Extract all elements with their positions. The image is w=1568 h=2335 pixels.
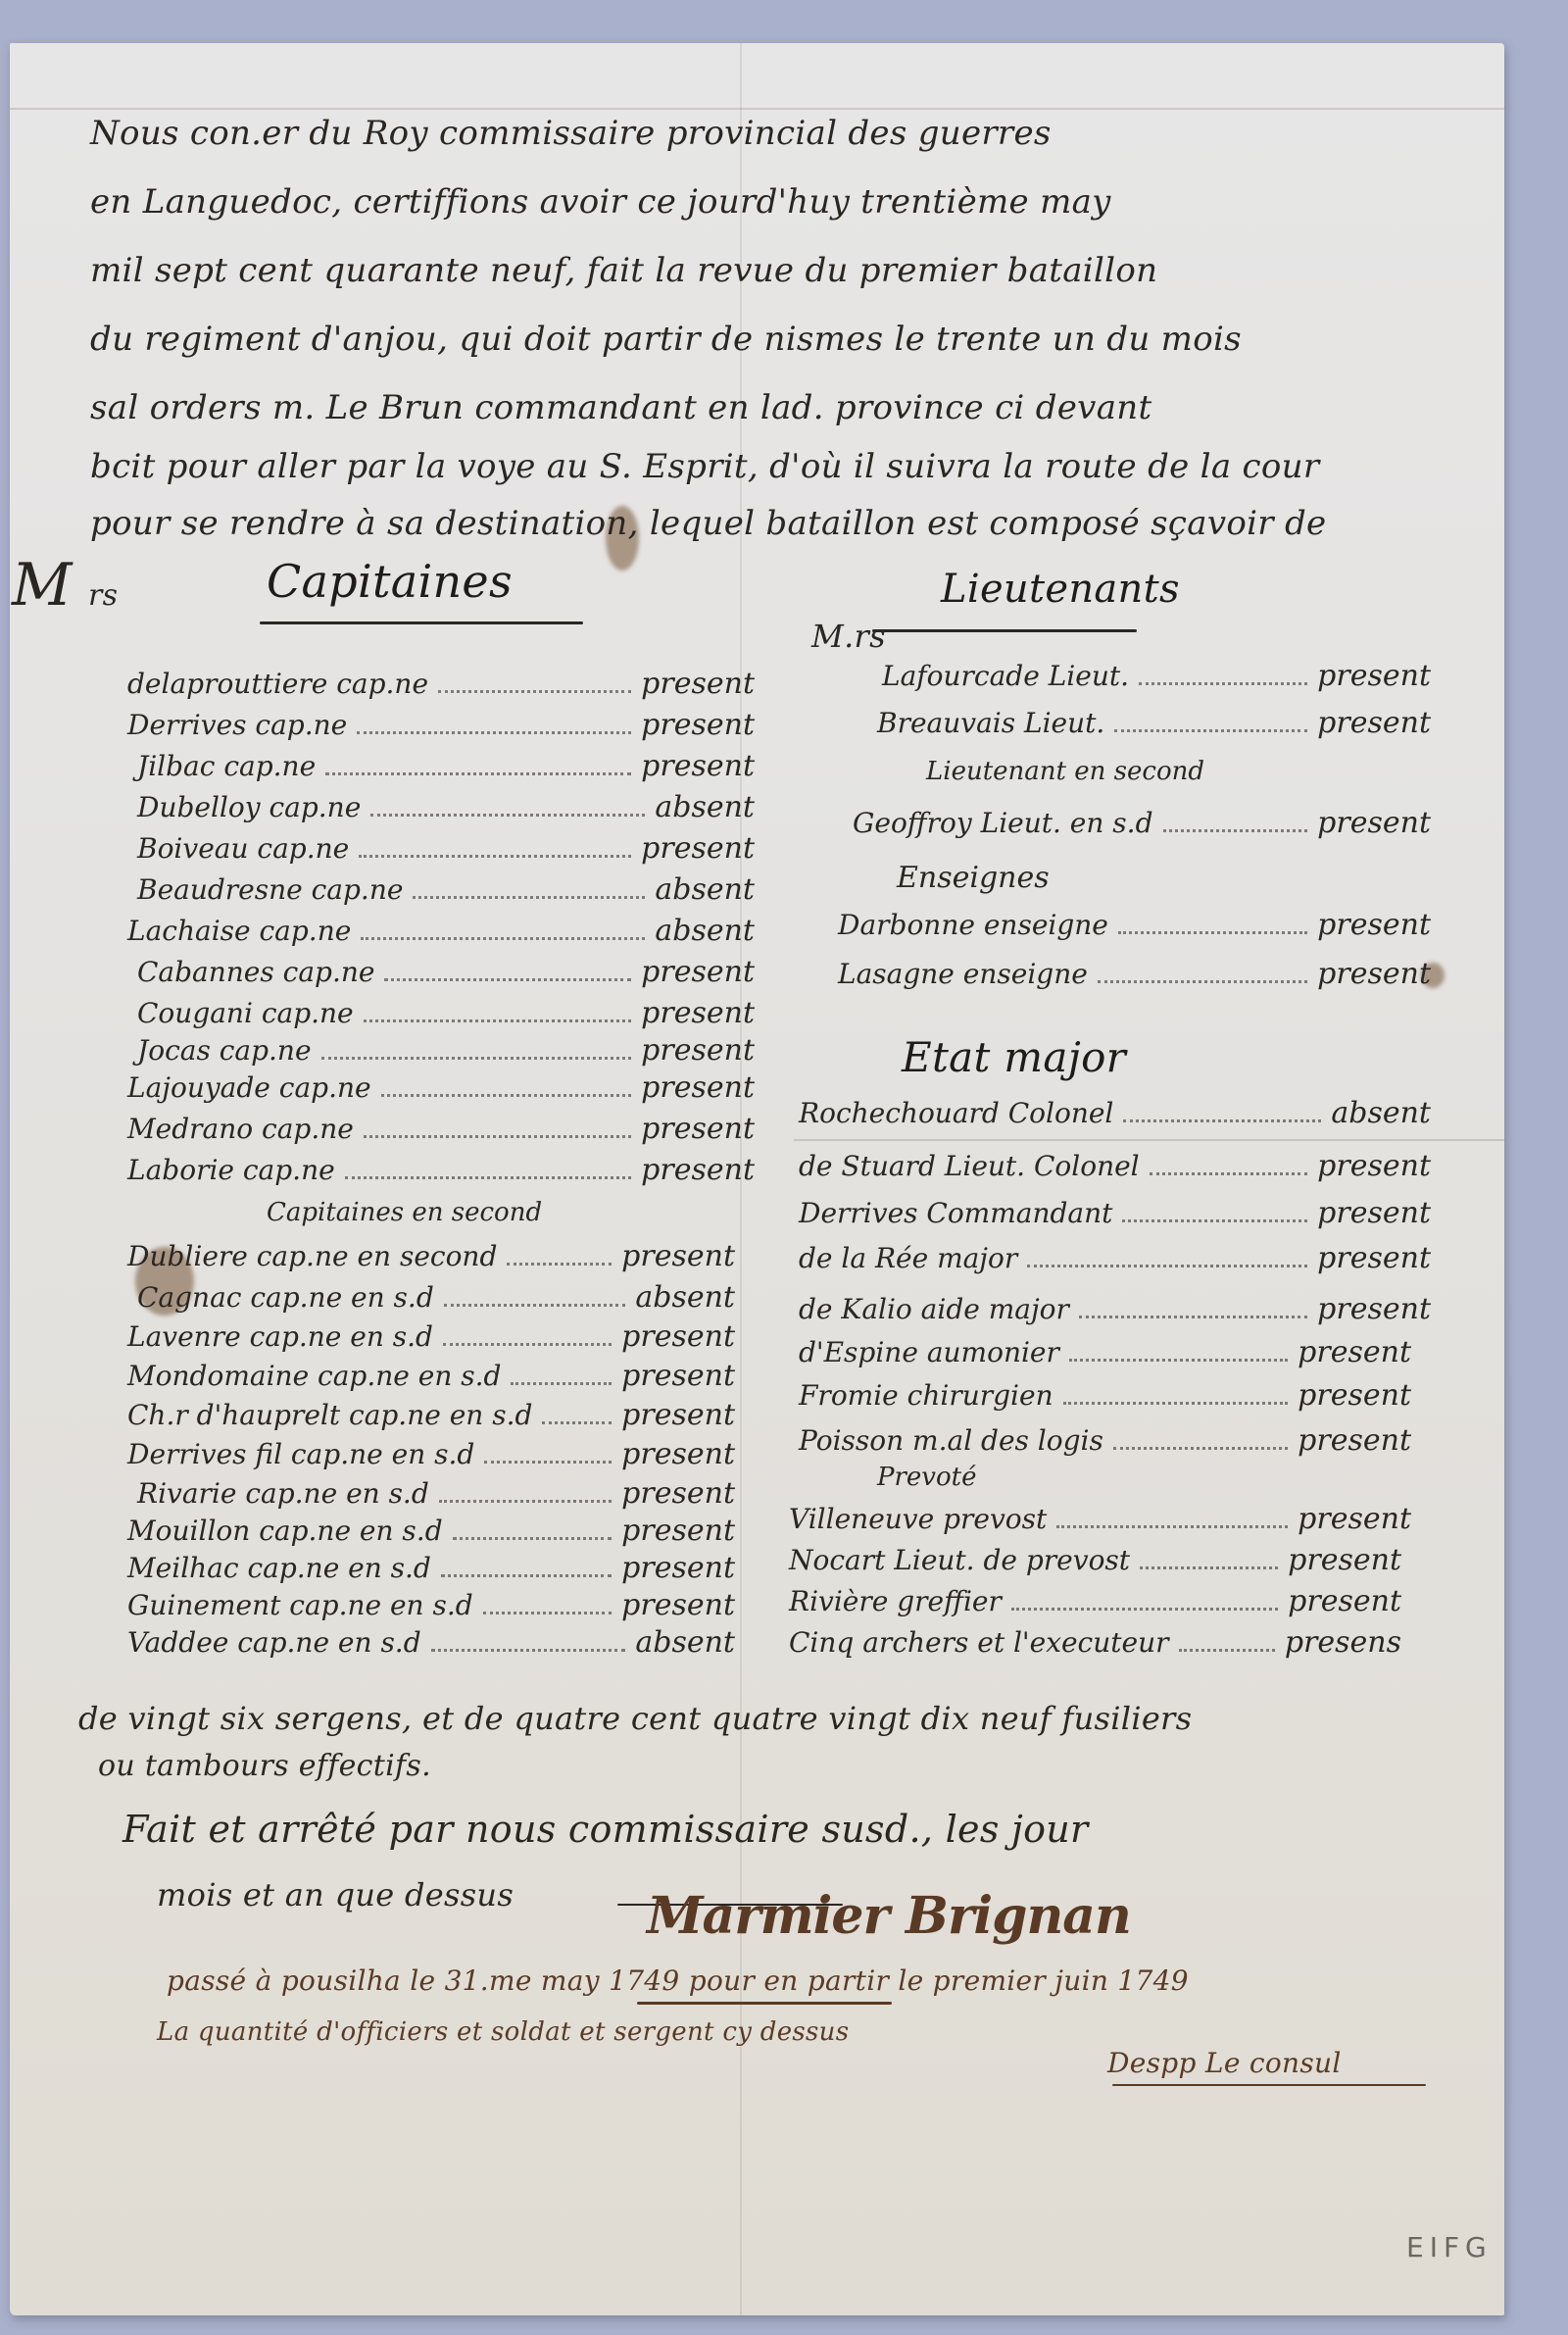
- status-absent: absent: [655, 914, 755, 948]
- lieutenants-prefix: M.rs: [811, 618, 886, 655]
- lieutenants-heading: Lieutenants: [941, 567, 1180, 612]
- leader-dots: [511, 1382, 612, 1385]
- intro-line-5: sal orders m. Le Brun commandant en lad.…: [90, 388, 1151, 427]
- leader-dots: [1079, 1316, 1307, 1318]
- leader-dots: [1113, 1447, 1288, 1450]
- capitaines-en-second-heading: Capitaines en second: [267, 1198, 542, 1227]
- status-present: present: [621, 1514, 735, 1548]
- capitaine-row: Dubelloy cap.neabsent: [137, 790, 755, 824]
- officer-name: Boiveau cap.ne: [137, 832, 349, 865]
- intro-line-7: pour se rendre à sa destination, lequel …: [90, 504, 1326, 543]
- lieutenants-underline: [872, 629, 1137, 632]
- leader-dots: [542, 1421, 612, 1424]
- officer-name: Jocas cap.ne: [137, 1034, 312, 1067]
- status-present: present: [621, 1551, 735, 1585]
- status-present: present: [621, 1437, 735, 1471]
- officer-name: Geoffroy Lieut. en s.d: [853, 807, 1153, 839]
- officer-name: Mondomaine cap.ne en s.d: [127, 1360, 501, 1392]
- officer-name: Nocart Lieut. de prevost: [789, 1544, 1130, 1576]
- status-present: present: [641, 1112, 755, 1146]
- leader-dots: [507, 1263, 612, 1266]
- officer-name: Derrives fil cap.ne en s.d: [127, 1438, 474, 1470]
- capitaine-row: Lajouyade cap.nepresent: [127, 1070, 755, 1105]
- capitaines-underline: [260, 621, 583, 624]
- leader-dots: [438, 690, 631, 693]
- intro-line-4: du regiment d'anjou, qui doit partir de …: [90, 320, 1242, 359]
- officer-name: Lasagne enseigne: [838, 958, 1088, 990]
- lieutenant-row: Breauvais Lieut.present: [877, 706, 1431, 740]
- status-present: present: [1298, 1335, 1411, 1369]
- prevote-row: Nocart Lieut. de prevostpresent: [789, 1543, 1401, 1577]
- status-present: present: [641, 1070, 755, 1105]
- intro-line-2: en Languedoc, certiffions avoir ce jourd…: [90, 182, 1111, 222]
- leader-dots: [359, 855, 631, 858]
- status-present: presens: [1285, 1625, 1401, 1660]
- etat-major-row: de la Rée majorpresent: [799, 1241, 1431, 1275]
- etat-major-row: Derrives Commandantpresent: [799, 1196, 1431, 1230]
- officer-name: Laborie cap.ne: [127, 1154, 335, 1186]
- officer-name: Darbonne enseigne: [838, 909, 1108, 941]
- capitaine-en-second-row: Vaddee cap.ne en s.dabsent: [127, 1625, 735, 1660]
- status-absent: absent: [1331, 1096, 1431, 1130]
- status-present: present: [1317, 1196, 1431, 1230]
- leader-dots: [443, 1343, 612, 1346]
- etat-major-heading: Etat major: [902, 1033, 1126, 1081]
- capitaine-en-second-row: Rivarie cap.ne en s.dpresent: [137, 1476, 735, 1511]
- status-present: present: [621, 1588, 735, 1622]
- capitaine-row: Medrano cap.nepresent: [127, 1112, 755, 1146]
- officer-name: Dubliere cap.ne en second: [127, 1240, 497, 1272]
- consul-underline: [1112, 2084, 1426, 2086]
- prevote-row: Rivière greffierpresent: [789, 1584, 1401, 1618]
- status-present: present: [641, 1033, 755, 1068]
- capitaine-row: Laborie cap.nepresent: [127, 1153, 755, 1187]
- officer-name: de Stuard Lieut. Colonel: [799, 1150, 1140, 1182]
- capitaine-row: Lachaise cap.neabsent: [127, 914, 755, 948]
- officer-name: Villeneuve prevost: [789, 1503, 1047, 1535]
- leader-dots: [1114, 729, 1307, 732]
- officer-name: Breauvais Lieut.: [877, 707, 1104, 739]
- status-present: present: [1317, 1292, 1431, 1326]
- status-present: present: [621, 1359, 735, 1393]
- attestation-line-1: Fait et arrêté par nous commissaire susd…: [122, 1808, 1089, 1851]
- leader-dots: [444, 1304, 626, 1307]
- capitaine-en-second-row: Cagnac cap.ne en s.dabsent: [137, 1280, 735, 1315]
- consul-signature: Despp Le consul: [1107, 2047, 1342, 2079]
- etat-major-row: de Kalio aide majorpresent: [799, 1292, 1431, 1326]
- etat-major-row: Poisson m.al des logispresent: [799, 1423, 1411, 1458]
- commissaire-signature: Marmier Brignan: [647, 1886, 1131, 1946]
- status-present: present: [1298, 1502, 1411, 1536]
- attestation-line-2: mois et an que dessus: [157, 1876, 514, 1913]
- leader-dots: [1179, 1649, 1275, 1652]
- leader-dots: [1163, 829, 1308, 832]
- closing-line-1: de vingt six sergens, et de quatre cent …: [78, 1700, 1192, 1737]
- capitaine-row: Derrives cap.nepresent: [127, 708, 755, 742]
- officer-name: Lajouyade cap.ne: [127, 1071, 371, 1104]
- status-present: present: [641, 955, 755, 989]
- leader-dots: [1118, 931, 1307, 934]
- fold-crease-middle: [794, 1139, 1504, 1141]
- capitaine-en-second-row: Ch.r d'hauprelt cap.ne en s.dpresent: [127, 1398, 735, 1432]
- leader-dots: [484, 1461, 612, 1464]
- etat-major-row: Rochechouard Colonelabsent: [799, 1096, 1431, 1130]
- status-present: present: [1317, 706, 1431, 740]
- annotation-line-1: passé à pousilha le 31.me may 1749 pour …: [167, 1964, 1189, 1997]
- capitaine-en-second-row: Mondomaine cap.ne en s.dpresent: [127, 1359, 735, 1393]
- officer-name: Cinq archers et l'executeur: [789, 1626, 1169, 1659]
- lieutenant-en-second-row: Geoffroy Lieut. en s.dpresent: [853, 806, 1431, 840]
- officer-name: Cabannes cap.ne: [137, 956, 374, 988]
- status-present: present: [641, 1153, 755, 1187]
- capitaine-row: Cougani cap.nepresent: [137, 996, 755, 1030]
- status-present: present: [1288, 1584, 1401, 1618]
- capitaine-row: Jilbac cap.nepresent: [137, 749, 755, 783]
- officer-name: Lachaise cap.ne: [127, 915, 351, 947]
- officer-name: Cagnac cap.ne en s.d: [137, 1281, 434, 1314]
- officer-name: Dubelloy cap.ne: [137, 791, 361, 823]
- status-present: present: [641, 831, 755, 866]
- status-absent: absent: [655, 790, 755, 824]
- capitaine-en-second-row: Dubliere cap.ne en secondpresent: [127, 1239, 735, 1273]
- officer-name: Guinement cap.ne en s.d: [127, 1589, 473, 1621]
- status-present: present: [621, 1239, 735, 1273]
- status-present: present: [621, 1319, 735, 1354]
- officer-name: Fromie chirurgien: [799, 1379, 1053, 1412]
- intro-line-3: mil sept cent quarante neuf, fait la rev…: [90, 251, 1157, 290]
- lieutenant-row: Lafourcade Lieut.present: [882, 659, 1431, 693]
- officer-name: d'Espine aumonier: [799, 1336, 1059, 1368]
- status-present: present: [1317, 806, 1431, 840]
- margin-mark: M: [12, 551, 72, 620]
- leader-dots: [325, 772, 631, 775]
- lieutenant-en-second-heading: Lieutenant en second: [926, 757, 1204, 786]
- status-present: present: [1317, 659, 1431, 693]
- etat-major-row: de Stuard Lieut. Colonelpresent: [799, 1149, 1431, 1183]
- officer-name: Cougani cap.ne: [137, 997, 354, 1029]
- enseigne-row: Darbonne enseignepresent: [838, 908, 1431, 942]
- leader-dots: [357, 731, 631, 734]
- status-present: present: [641, 749, 755, 783]
- capitaine-en-second-row: Derrives fil cap.ne en s.dpresent: [127, 1437, 735, 1471]
- status-absent: absent: [635, 1280, 735, 1315]
- leader-dots: [1011, 1608, 1278, 1611]
- enseignes-heading: Enseignes: [897, 861, 1050, 895]
- officer-name: Ch.r d'hauprelt cap.ne en s.d: [127, 1399, 532, 1431]
- manuscript-page: Nous con.er du Roy commissaire provincia…: [10, 43, 1504, 2315]
- archive-mark: EIFG: [1406, 2231, 1493, 2263]
- prevote-row: Cinq archers et l'executeurpresens: [789, 1625, 1401, 1660]
- leader-dots: [1027, 1265, 1307, 1267]
- capitaine-row: Jocas cap.nepresent: [137, 1033, 755, 1068]
- officer-name: Medrano cap.ne: [127, 1113, 354, 1145]
- status-present: present: [1317, 1149, 1431, 1183]
- leader-dots: [453, 1537, 612, 1540]
- capitaine-en-second-row: Mouillon cap.ne en s.dpresent: [127, 1514, 735, 1548]
- prevote-row: Villeneuve prevostpresent: [789, 1502, 1411, 1536]
- capitaine-en-second-row: Guinement cap.ne en s.dpresent: [127, 1588, 735, 1622]
- status-present: present: [621, 1398, 735, 1432]
- officer-name: delaprouttiere cap.ne: [127, 668, 428, 700]
- status-present: present: [1288, 1543, 1401, 1577]
- leader-dots: [381, 1094, 632, 1097]
- leader-dots: [439, 1500, 612, 1503]
- officer-name: Mouillon cap.ne en s.d: [127, 1515, 443, 1547]
- leader-dots: [1150, 1172, 1308, 1175]
- leader-dots: [1122, 1219, 1307, 1222]
- etat-major-row: Fromie chirurgienpresent: [799, 1378, 1411, 1413]
- officer-name: Rivarie cap.ne en s.d: [137, 1477, 429, 1510]
- capitaine-row: delaprouttiere cap.nepresent: [127, 667, 755, 701]
- capitaine-en-second-row: Lavenre cap.ne en s.dpresent: [127, 1319, 735, 1354]
- fold-crease-upper: [10, 108, 1504, 110]
- leader-dots: [1056, 1525, 1288, 1528]
- leader-dots: [1098, 980, 1307, 983]
- officer-name: Poisson m.al des logis: [799, 1424, 1103, 1457]
- capitaine-en-second-row: Meilhac cap.ne en s.dpresent: [127, 1551, 735, 1585]
- capitaines-heading: Capitaines: [267, 555, 513, 608]
- officer-name: Derrives Commandant: [799, 1197, 1112, 1229]
- status-present: present: [1298, 1378, 1411, 1413]
- status-present: present: [641, 667, 755, 701]
- status-present: present: [641, 708, 755, 742]
- leader-dots: [1123, 1119, 1321, 1122]
- status-present: present: [1317, 908, 1431, 942]
- officer-name: Lavenre cap.ne en s.d: [127, 1320, 433, 1353]
- capitaine-row: Beaudresne cap.neabsent: [137, 872, 755, 907]
- leader-dots: [431, 1649, 626, 1652]
- intro-line-1: Nous con.er du Roy commissaire provincia…: [90, 114, 1052, 153]
- capitaine-row: Cabannes cap.nepresent: [137, 955, 755, 989]
- leader-dots: [370, 814, 645, 817]
- leader-dots: [1140, 1566, 1278, 1569]
- officer-name: Beaudresne cap.ne: [137, 873, 403, 906]
- status-absent: absent: [655, 872, 755, 907]
- enseigne-row: Lasagne enseignepresent: [838, 957, 1431, 991]
- prevote-heading: Prevoté: [877, 1463, 977, 1492]
- leader-dots: [321, 1057, 632, 1060]
- leader-dots: [483, 1612, 612, 1615]
- officer-name: de Kalio aide major: [799, 1293, 1069, 1325]
- intro-line-6: bcit pour aller par la voye au S. Esprit…: [90, 447, 1319, 486]
- leader-dots: [1063, 1402, 1289, 1405]
- leader-dots: [1139, 682, 1307, 685]
- annotation-line-2: La quantité d'officiers et soldat et ser…: [157, 2017, 849, 2047]
- capitaines-prefix: rs: [88, 578, 118, 613]
- leader-dots: [413, 896, 645, 899]
- leader-dots: [361, 937, 645, 940]
- officer-name: Lafourcade Lieut.: [882, 660, 1129, 692]
- status-present: present: [1317, 1241, 1431, 1275]
- leader-dots: [441, 1574, 612, 1577]
- closing-line-2: ou tambours effectifs.: [98, 1749, 431, 1783]
- leader-dots: [1069, 1359, 1288, 1362]
- leader-dots: [364, 1019, 632, 1022]
- officer-name: Rivière greffier: [789, 1585, 1002, 1617]
- officer-name: Jilbac cap.ne: [137, 750, 316, 782]
- officer-name: Meilhac cap.ne en s.d: [127, 1552, 431, 1584]
- status-present: present: [1298, 1423, 1411, 1458]
- annotation-underline: [637, 2002, 892, 2005]
- status-present: present: [641, 996, 755, 1030]
- officer-name: Derrives cap.ne: [127, 709, 347, 741]
- officer-name: Vaddee cap.ne en s.d: [127, 1626, 421, 1659]
- officer-name: de la Rée major: [799, 1242, 1017, 1274]
- leader-dots: [384, 978, 631, 981]
- officer-name: Rochechouard Colonel: [799, 1097, 1113, 1129]
- leader-dots: [345, 1176, 631, 1179]
- capitaine-row: Boiveau cap.nepresent: [137, 831, 755, 866]
- status-absent: absent: [635, 1625, 735, 1660]
- leader-dots: [364, 1135, 631, 1138]
- status-present: present: [1317, 957, 1431, 991]
- etat-major-row: d'Espine aumonierpresent: [799, 1335, 1411, 1369]
- status-present: present: [621, 1476, 735, 1511]
